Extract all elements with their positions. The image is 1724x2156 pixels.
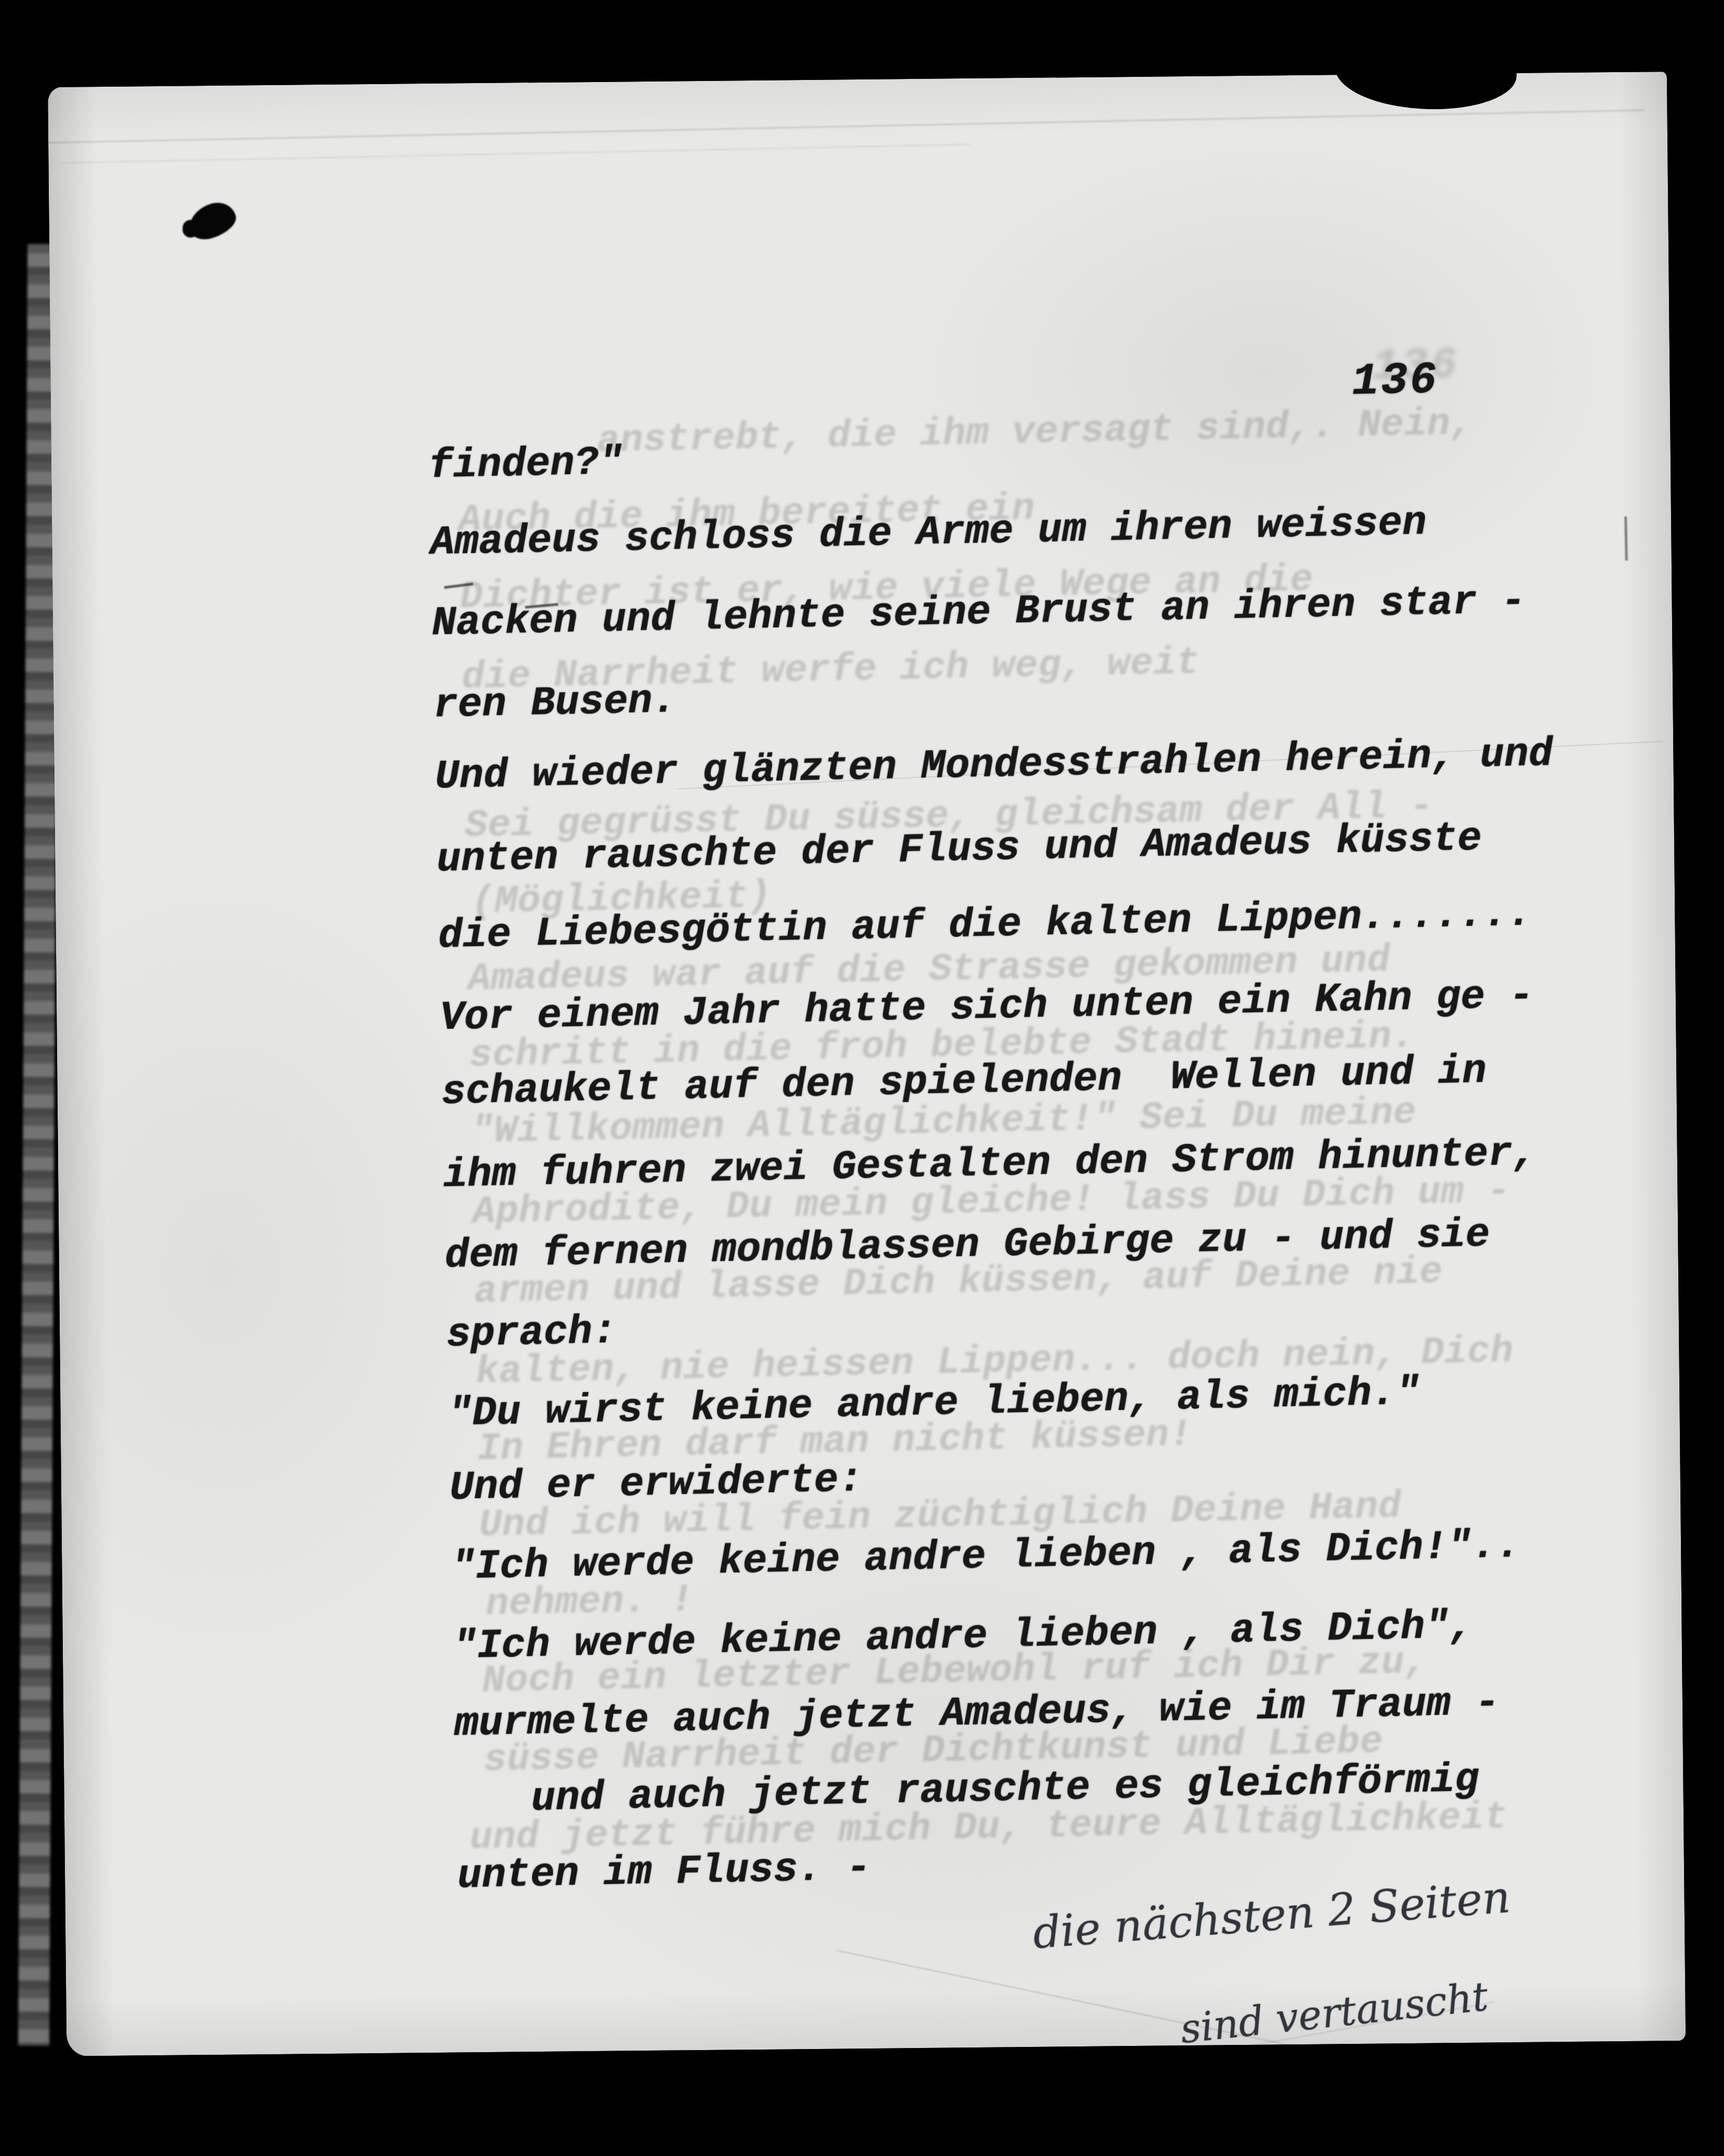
ghost-line: anstrebt, die ihm versagt sind,. Nein, [597,402,1474,463]
paper-sheet: 136 136 anstrebt, die ihm versagt sind,.… [48,72,1686,2056]
edge-mark [1624,516,1628,560]
typed-line: unten im Fluss. - [457,1845,871,1899]
scanned-manuscript-page: 136 136 anstrebt, die ihm versagt sind,.… [0,0,1724,2156]
typed-line: Und er erwiderte: [449,1457,863,1511]
ink-blot [184,198,240,244]
page-content: 136 136 anstrebt, die ihm versagt sind,.… [39,61,1699,2063]
handwritten-note-line-1: die nächsten 2 Seiten [1031,1871,1512,1959]
page-number: 136 [1352,355,1439,407]
handwritten-note-line-2: sind vertauscht [1178,1973,1490,2052]
sheet-edge-line [61,144,970,164]
typed-line: ren Busen. [433,678,677,729]
typed-line: sprach: [446,1309,617,1358]
sheet-edge-line [46,110,1645,144]
typed-line: finden?" [428,440,624,490]
